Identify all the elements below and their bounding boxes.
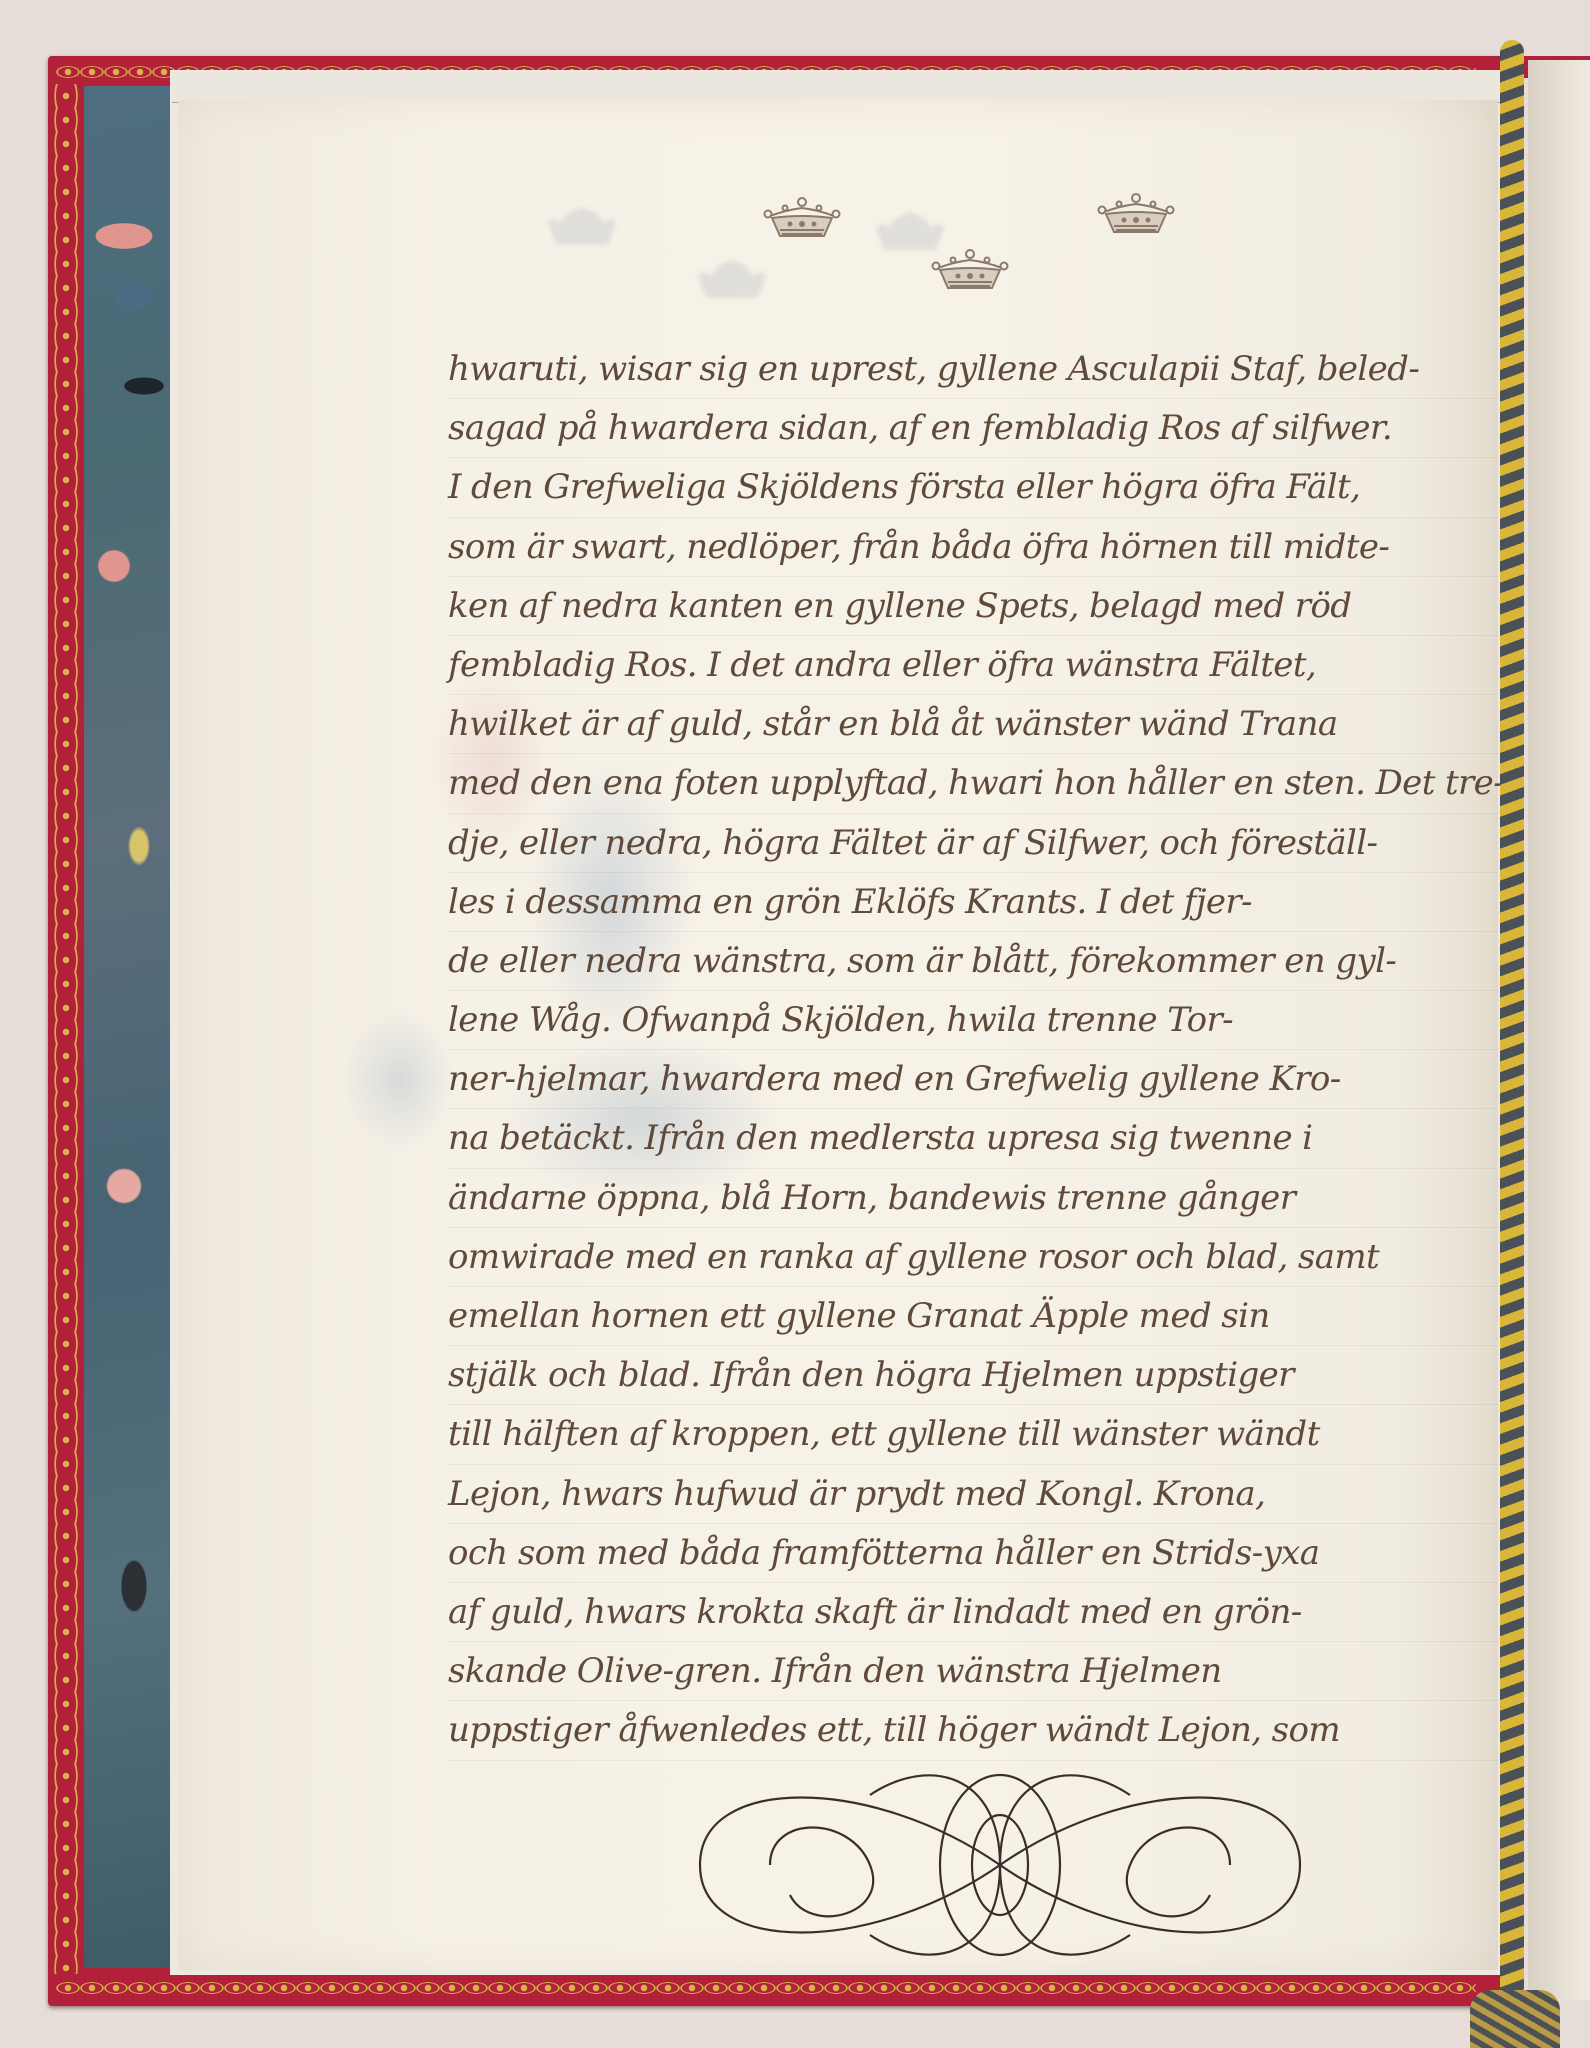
text-line: hwilket är af guld, står en blå åt wänst… (448, 695, 1498, 754)
text-line: af guld, hwars krokta skaft är lindadt m… (448, 1583, 1498, 1642)
text-line: ändarne öppna, blå Horn, bandewis trenne… (448, 1169, 1498, 1228)
text-line: lene Wåg. Ofwanpå Skjölden, hwila trenne… (448, 991, 1498, 1050)
text-line: och som med båda framfötterna håller en … (448, 1524, 1498, 1583)
text-line: ken af nedra kanten en gyllene Spets, be… (448, 577, 1498, 636)
text-line: med den ena foten upplyftad, hwari hon h… (448, 754, 1498, 813)
page-top-fold (172, 72, 1502, 103)
text-line: fembladig Ros. I det andra eller öfra wä… (448, 636, 1498, 695)
text-line: som är swart, nedlöper, från båda öfra h… (448, 518, 1498, 577)
manuscript-text: hwaruti, wisar sig en uprest, gyllene As… (448, 340, 1498, 1761)
gilt-border-left (54, 84, 78, 1974)
text-line: till hälften af kroppen, ett gyllene til… (448, 1405, 1498, 1464)
text-line: I den Grefweliga Skjöldens första eller … (448, 458, 1498, 517)
text-line: stjälk och blad. Ifrån den högra Hjelmen… (448, 1346, 1498, 1405)
text-line: ner-hjelmar, hwardera med en Grefwelig g… (448, 1050, 1498, 1109)
text-line: skande Olive-gren. Ifrån den wänstra Hje… (448, 1642, 1498, 1701)
binding-cord (1500, 40, 1524, 2000)
text-line: Lejon, hwars hufwud är prydt med Kongl. … (448, 1465, 1498, 1524)
facing-page-edge (1528, 60, 1590, 2000)
text-line: de eller nedra wänstra, som är blått, fö… (448, 932, 1498, 991)
calligraphic-flourish-icon (670, 1735, 1330, 1995)
text-line: na betäckt. Ifrån den medlersta upresa s… (448, 1109, 1498, 1168)
text-line: omwirade med en ranka af gyllene rosor o… (448, 1228, 1498, 1287)
text-line: sagad på hwardera sidan, af en fembladig… (448, 399, 1498, 458)
text-line: emellan hornen ett gyllene Granat Äpple … (448, 1287, 1498, 1346)
text-line: hwaruti, wisar sig en uprest, gyllene As… (448, 340, 1498, 399)
text-line: les i dessamma en grön Eklöfs Krants. I … (448, 873, 1498, 932)
marbled-endpaper (84, 86, 174, 1968)
text-line: dje, eller nedra, högra Fältet är af Sil… (448, 814, 1498, 873)
cord-tassel (1470, 1990, 1560, 2048)
